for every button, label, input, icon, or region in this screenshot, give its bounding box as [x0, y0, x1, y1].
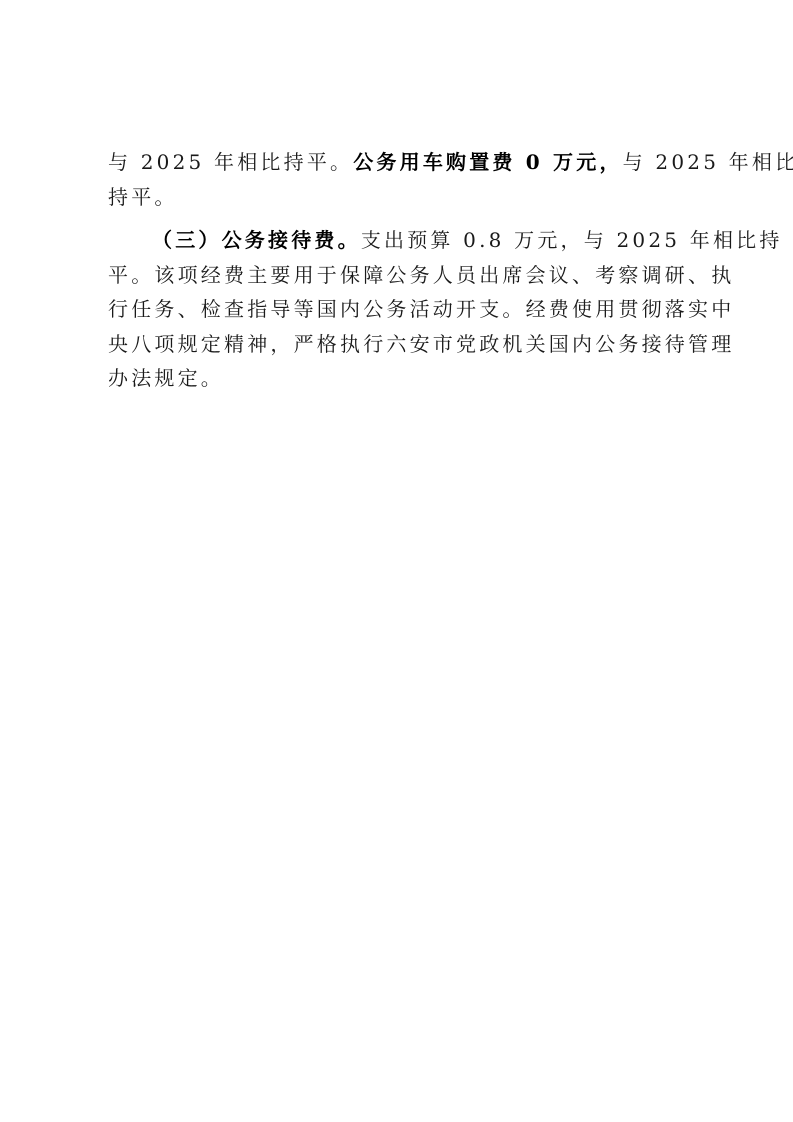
bold-text-vehicle-purchase-fee: 公务用车购置费 0 万元， [353, 150, 622, 174]
paragraph-reception-fee: （三）公务接待费。支出预算 0.8 万元，与 2025 年相比持 平。该项经费主… [108, 223, 688, 396]
text-segment: 与 2025 年相比 [623, 150, 793, 174]
document-page: 与 2025 年相比持平。公务用车购置费 0 万元，与 2025 年相比 持平。… [108, 145, 688, 396]
text-line: 与 2025 年相比持平。公务用车购置费 0 万元，与 2025 年相比 [108, 145, 688, 180]
text-line: 办法规定。 [108, 361, 688, 396]
text-segment: 支出预算 0.8 万元，与 2025 年相比持 [361, 228, 783, 252]
paragraph-vehicle-purchase: 与 2025 年相比持平。公务用车购置费 0 万元，与 2025 年相比 持平。 [108, 145, 688, 214]
section-heading-reception-fee: （三）公务接待费。 [152, 228, 361, 252]
text-segment: 持平。 [108, 185, 178, 209]
text-line: （三）公务接待费。支出预算 0.8 万元，与 2025 年相比持 [108, 223, 688, 258]
text-line: 持平。 [108, 180, 688, 215]
text-line: 平。该项经费主要用于保障公务人员出席会议、考察调研、执 [108, 258, 688, 293]
text-line: 行任务、检查指导等国内公务活动开支。经费使用贯彻落实中 [108, 292, 688, 327]
text-segment: 与 2025 年相比持平。 [108, 150, 353, 174]
text-line: 央八项规定精神，严格执行六安市党政机关国内公务接待管理 [108, 327, 688, 362]
